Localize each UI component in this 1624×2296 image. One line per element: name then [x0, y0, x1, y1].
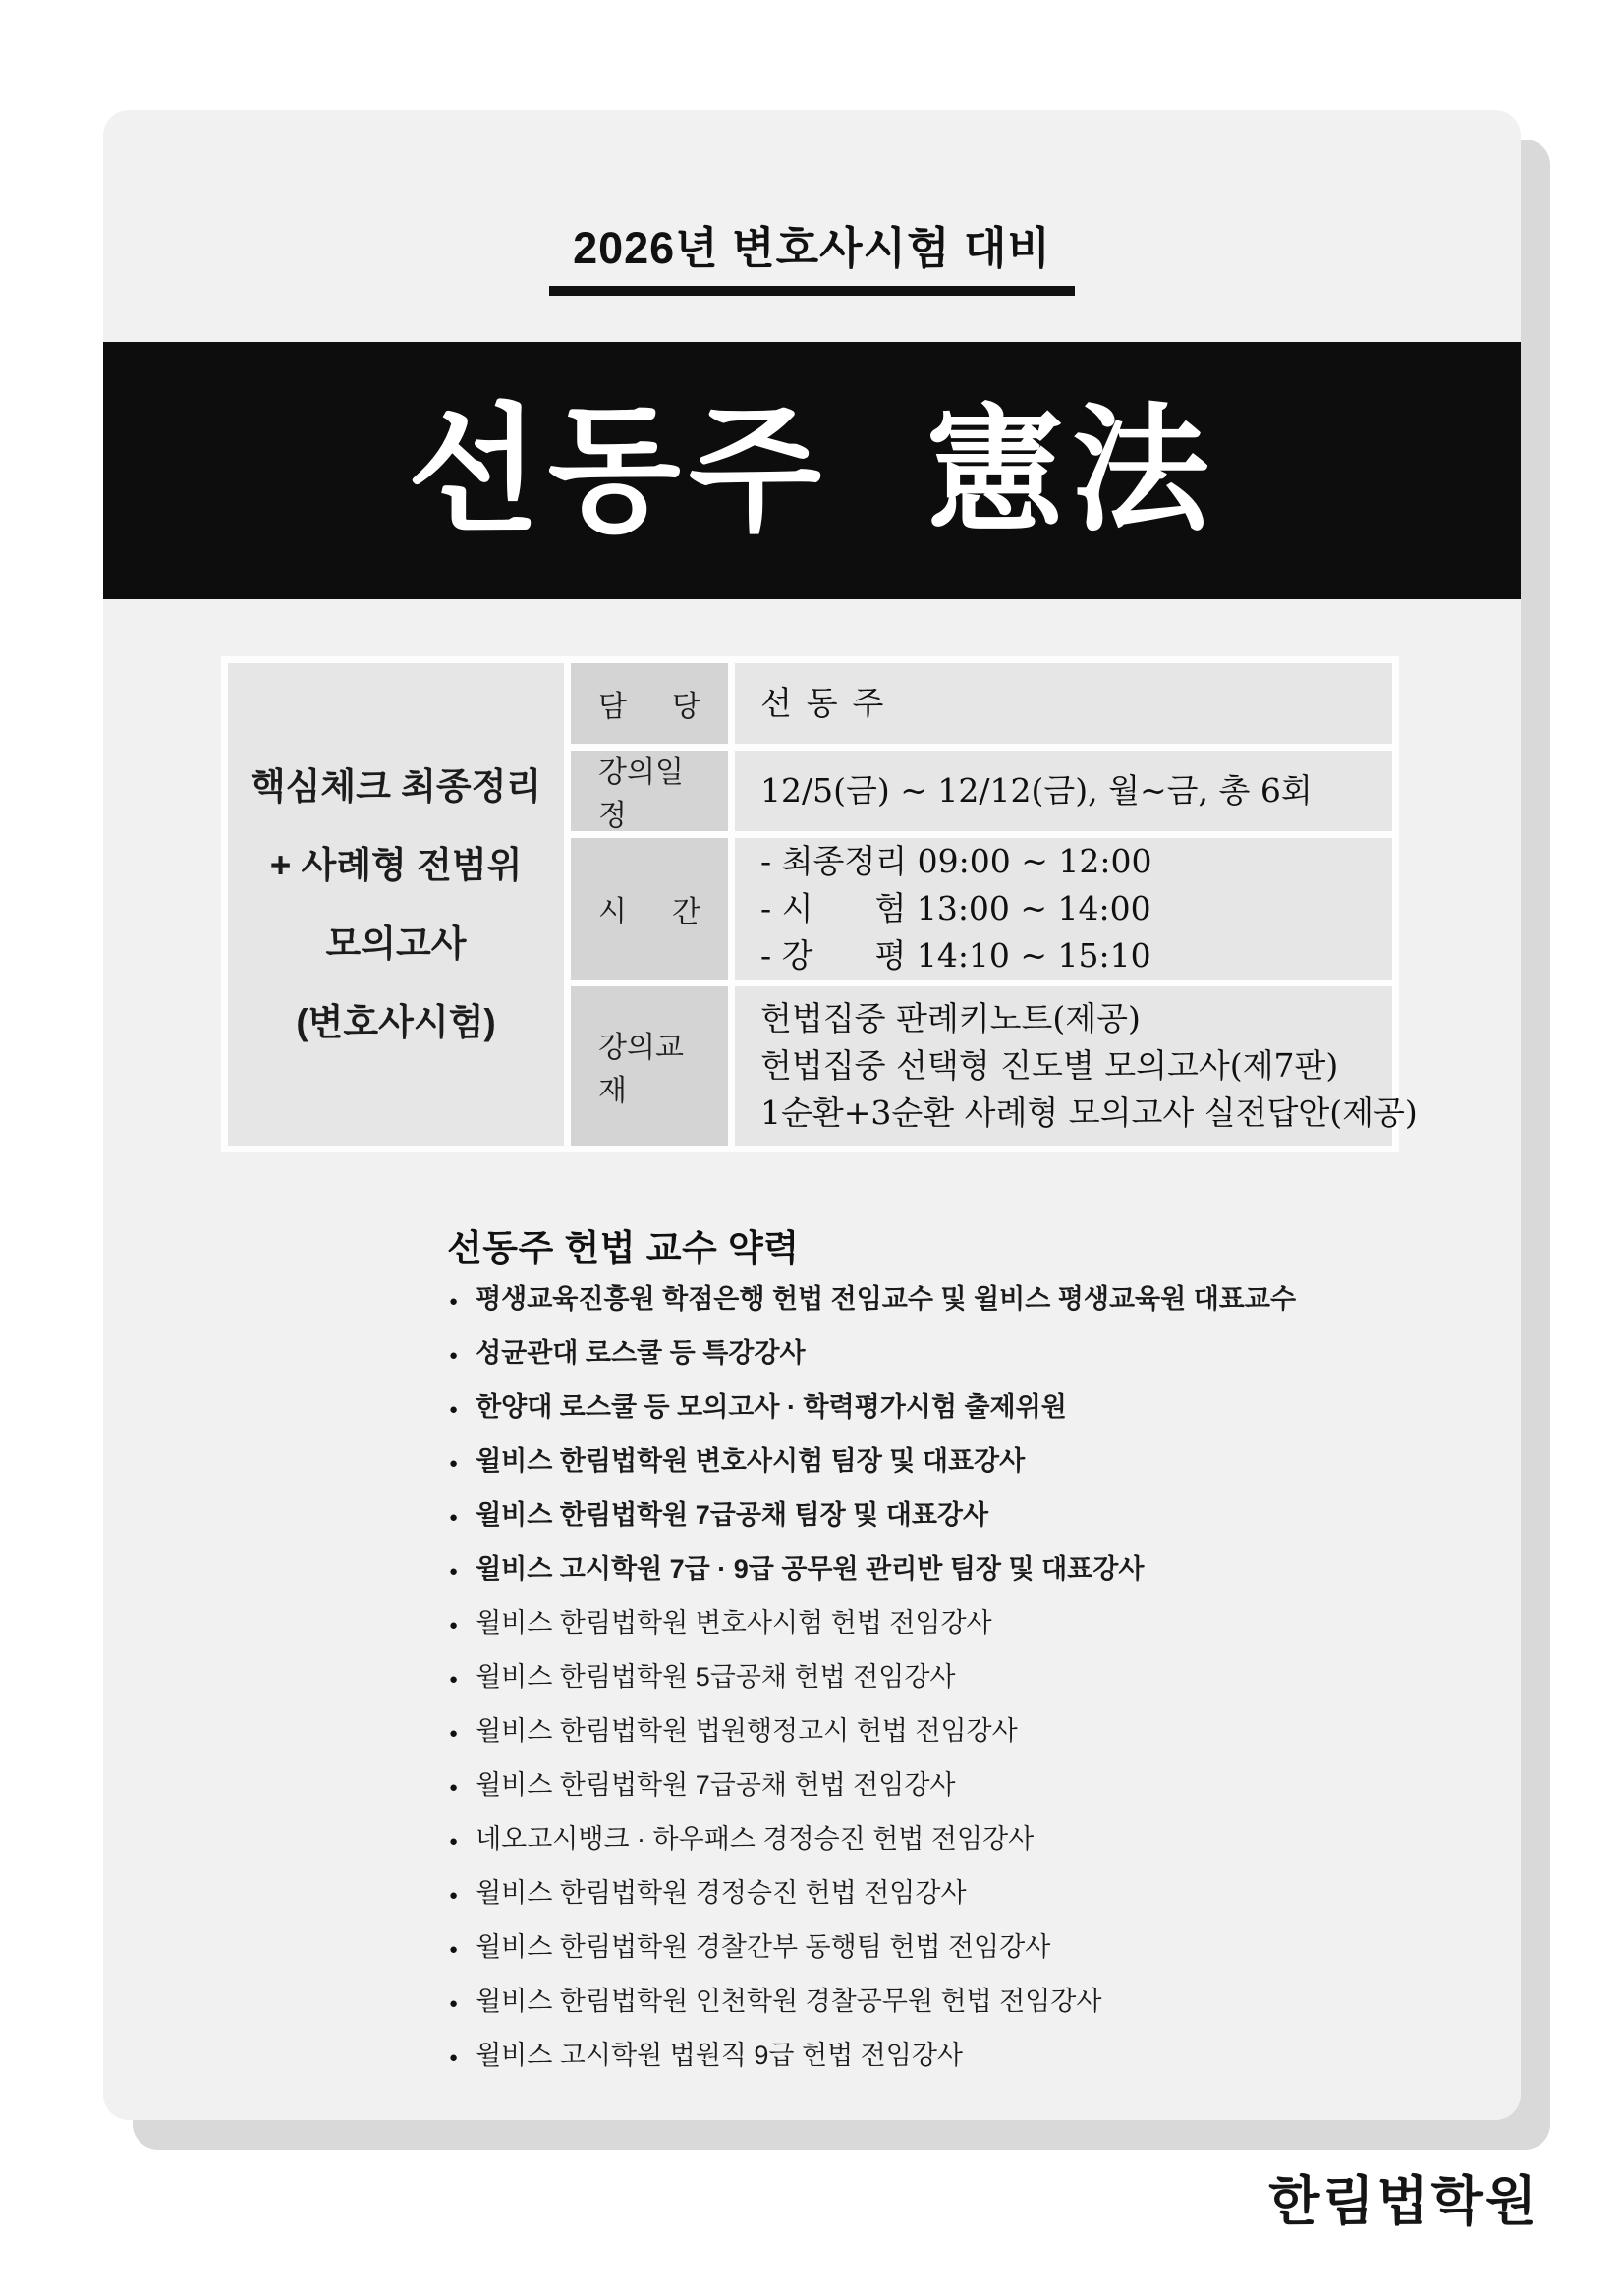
bullet-icon: ●: [449, 1654, 458, 1706]
course-summary-line: (변호사시험): [228, 983, 564, 1062]
bio-item: ●윌비스 한림법학원 7급공채 헌법 전임강사: [449, 1760, 1296, 1814]
bio-item: ●성균관대 로스쿨 등 특강강사: [449, 1327, 1296, 1381]
course-summary-line: 핵심체크 최종정리: [228, 748, 564, 826]
bio-item: ●윌비스 한림법학원 7급공채 팀장 및 대표강사: [449, 1489, 1296, 1543]
professor-bio-list: ●평생교육진흥원 학점은행 헌법 전임교수 및 윌비스 평생교육원 대표교수 ●…: [449, 1273, 1296, 2084]
course-info-table: 핵심체크 최종정리 + 사례형 전범위 모의고사 (변호사시험) 담 당 선동주…: [221, 656, 1399, 1152]
bio-item: ●평생교육진흥원 학점은행 헌법 전임교수 및 윌비스 평생교육원 대표교수: [449, 1273, 1296, 1327]
value-materials: 헌법집중 판례키노트(제공) 헌법집중 선택형 진도별 모의고사(제7판) 1순…: [735, 986, 1392, 1146]
bullet-icon: ●: [449, 1600, 458, 1652]
exam-prep-header: 2026년 변호사시험 대비: [103, 212, 1521, 296]
bio-item: ●윌비스 한림법학원 인천학원 경찰공무원 헌법 전임강사: [449, 1976, 1296, 2030]
label-materials: 강의교재: [571, 986, 728, 1146]
bullet-icon: ●: [449, 1708, 458, 1760]
course-summary-line: + 사례형 전범위: [228, 826, 564, 905]
bullet-icon: ●: [449, 1979, 458, 2030]
label-schedule: 강의일정: [571, 751, 728, 831]
bullet-icon: ●: [449, 1546, 458, 1597]
bio-item: ●윌비스 한림법학원 변호사시험 팀장 및 대표강사: [449, 1435, 1296, 1489]
bio-item: ●윌비스 고시학원 법원직 9급 헌법 전임강사: [449, 2030, 1296, 2084]
value-schedule: 12/5(금) ~ 12/12(금), 월~금, 총 6회: [735, 751, 1392, 831]
label-instructor: 담 당: [571, 663, 728, 744]
bio-item: ●윌비스 한림법학원 변호사시험 헌법 전임강사: [449, 1597, 1296, 1652]
material-line: 헌법집중 판례키노트(제공): [760, 995, 1367, 1042]
bullet-icon: ●: [449, 1817, 458, 1868]
bio-item: ●윌비스 한림법학원 법원행정고시 헌법 전임강사: [449, 1706, 1296, 1760]
course-summary-cell: 핵심체크 최종정리 + 사례형 전범위 모의고사 (변호사시험): [228, 663, 564, 1146]
exam-prep-title: 2026년 변호사시험 대비: [549, 212, 1075, 296]
bullet-icon: ●: [449, 1330, 458, 1381]
label-time: 시 간: [571, 838, 728, 980]
bullet-icon: ●: [449, 1438, 458, 1489]
bullet-icon: ●: [449, 1276, 458, 1327]
bullet-icon: ●: [449, 1925, 458, 1976]
bullet-icon: ●: [449, 1871, 458, 1922]
value-time: - 최종정리 09:00 ~ 12:00 - 시 험 13:00 ~ 14:00…: [735, 838, 1392, 980]
instructor-name: 선동주: [760, 680, 1367, 727]
time-line: - 시 험 13:00 ~ 14:00: [760, 885, 1367, 932]
hallym-academy-logo: 한림법학원: [1268, 2159, 1540, 2235]
flyer-page: { "header": { "exam_label": "2026년 변호사시험…: [0, 0, 1624, 2296]
course-banner: 선동주 憲法: [103, 342, 1521, 599]
professor-bio-heading: 선동주 헌법 교수 약력: [447, 1218, 800, 1271]
bio-item: ●윌비스 고시학원 7급 · 9급 공무원 관리반 팀장 및 대표강사: [449, 1543, 1296, 1597]
material-line: 헌법집중 선택형 진도별 모의고사(제7판): [760, 1042, 1367, 1090]
bio-item: ●윌비스 한림법학원 경정승진 헌법 전임강사: [449, 1868, 1296, 1922]
bullet-icon: ●: [449, 1763, 458, 1814]
schedule-text: 12/5(금) ~ 12/12(금), 월~금, 총 6회: [760, 767, 1367, 814]
bullet-icon: ●: [449, 1492, 458, 1543]
course-summary-line: 모의고사: [228, 905, 564, 983]
bio-item: ●한양대 로스쿨 등 모의고사 · 학력평가시험 출제위원: [449, 1381, 1296, 1435]
bullet-icon: ●: [449, 2033, 458, 2084]
bio-item: ●윌비스 한림법학원 경찰간부 동행팀 헌법 전임강사: [449, 1922, 1296, 1976]
value-instructor: 선동주: [735, 663, 1392, 744]
material-line: 1순환+3순환 사례형 모의고사 실전답안(제공): [760, 1090, 1367, 1137]
time-line: - 최종정리 09:00 ~ 12:00: [760, 838, 1367, 885]
time-line: - 강 평 14:10 ~ 15:10: [760, 932, 1367, 980]
bio-item: ●윌비스 한림법학원 5급공채 헌법 전임강사: [449, 1652, 1296, 1706]
flyer-card: 2026년 변호사시험 대비 선동주 憲法 핵심체크 최종정리 + 사례형 전범…: [103, 110, 1521, 2120]
banner-title: 선동주 憲法: [407, 390, 1216, 551]
bio-item: ●네오고시뱅크 · 하우패스 경정승진 헌법 전임강사: [449, 1814, 1296, 1868]
bullet-icon: ●: [449, 1384, 458, 1435]
